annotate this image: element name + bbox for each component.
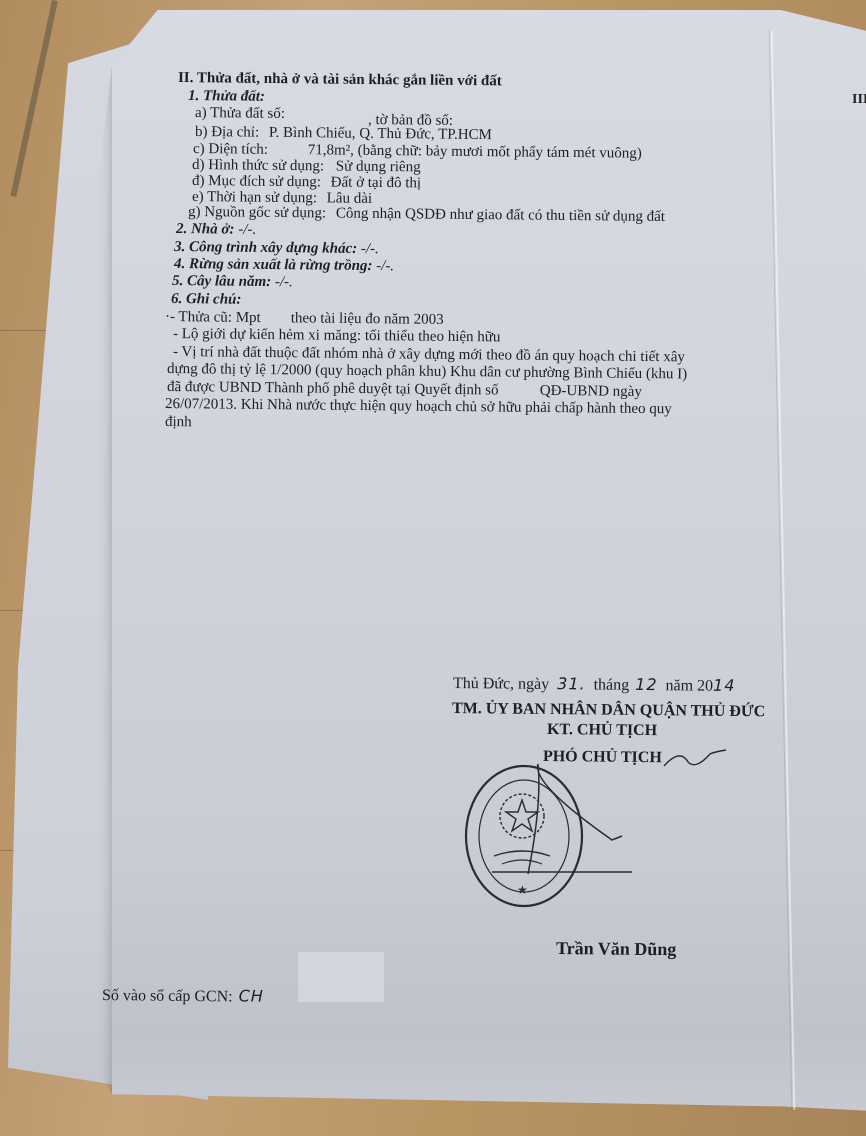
- note-line: - Lộ giới dự kiến hẻm xi măng: tối thiểu…: [173, 326, 501, 346]
- note-line: định: [165, 414, 192, 431]
- item-production-forest-value: -/-.: [376, 258, 394, 274]
- address-label: b) Địa chỉ:: [195, 124, 259, 141]
- usage-form-value: Sử dụng riêng: [336, 159, 421, 176]
- section-title: II. Thửa đất, nhà ở và tài sản khác gắn …: [178, 70, 502, 90]
- item-house-value: -/-.: [238, 222, 256, 238]
- svg-text:★: ★: [517, 883, 528, 897]
- date-month: 12: [635, 675, 658, 694]
- official-seal-icon: ★: [462, 764, 632, 914]
- item-perennial-trees: 5. Cây lâu năm: -/-.: [172, 273, 293, 291]
- item-other-construction: 3. Công trình xây dựng khác: -/-.: [174, 239, 379, 258]
- usage-term-value: Lâu dài: [327, 190, 373, 206]
- usage-origin-value: Công nhận QSDĐ như giao đất có thu tiền …: [336, 206, 665, 225]
- item-other-construction-value: -/-.: [361, 241, 379, 257]
- usage-purpose-value: Đất ở tại đô thị: [331, 174, 422, 191]
- registry-value: CH: [239, 986, 264, 1005]
- parcel-number-label: a) Thửa đất số:: [195, 105, 285, 122]
- item-other-construction-heading: 3. Công trình xây dựng khác:: [174, 239, 357, 257]
- item-house: 2. Nhà ở: -/-.: [176, 221, 256, 239]
- usage-origin-label: g) Nguồn gốc sử dụng:: [188, 204, 326, 221]
- place-date-prefix: Thủ Đức, ngày: [453, 675, 549, 693]
- issuing-authority: TM. ỦY BAN NHÂN DÂN QUẬN THỦ ĐỨC: [452, 700, 765, 721]
- registry-label: Số vào sổ cấp GCN:: [102, 987, 233, 1005]
- date-month-label: tháng: [594, 676, 630, 693]
- date-year-suffix: 14: [713, 676, 736, 695]
- item-production-forest-heading: 4. Rừng sản xuất là rừng trồng:: [174, 256, 373, 274]
- item-house-heading: 2. Nhà ở:: [176, 221, 235, 238]
- next-page-fragment: III: [852, 92, 866, 108]
- area-label: c) Diện tích:: [193, 141, 268, 158]
- date-day: 31.: [557, 674, 586, 693]
- usage-form-label: d) Hình thức sử dụng:: [192, 157, 324, 174]
- signer-name: Trần Văn Dũng: [556, 938, 677, 960]
- registry-row: Số vào sổ cấp GCN: CH: [102, 985, 264, 1007]
- redacted-area: [298, 952, 384, 1002]
- usage-purpose-label: đ) Mục đích sử dụng:: [192, 173, 321, 190]
- initials-scribble-icon: [660, 748, 730, 772]
- table-seam: [10, 0, 57, 197]
- item-perennial-trees-heading: 5. Cây lâu năm:: [172, 273, 271, 290]
- land-parcel-heading: 1. Thửa đất:: [188, 88, 265, 106]
- parcel-number-row: a) Thửa đất số:: [195, 105, 285, 123]
- notes-heading: 6. Ghi chú:: [171, 291, 242, 309]
- on-behalf-of: KT. CHỦ TỊCH: [547, 721, 657, 740]
- address-value: P. Bình Chiểu, Q. Thủ Đức, TP.HCM: [269, 125, 492, 143]
- place-date: Thủ Đức, ngày 31. tháng 12 năm 2014: [453, 673, 736, 696]
- date-year-label: năm 20: [665, 677, 713, 694]
- item-perennial-trees-value: -/-.: [275, 274, 293, 290]
